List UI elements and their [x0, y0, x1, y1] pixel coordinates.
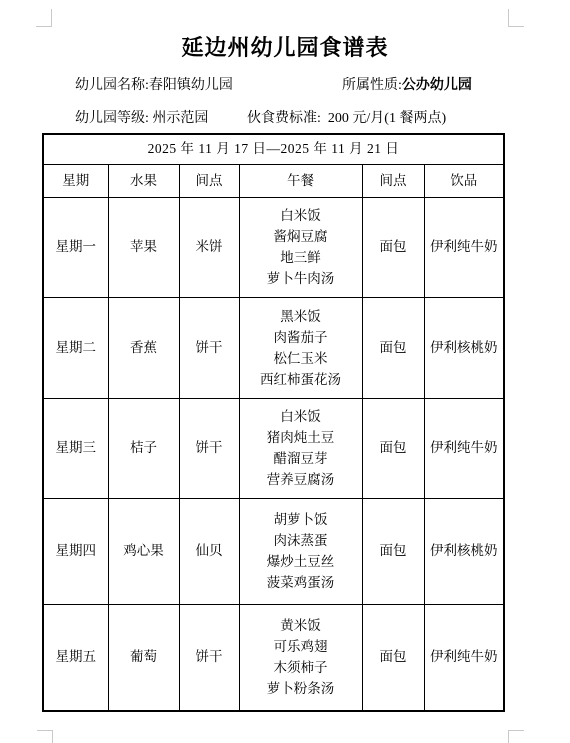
- lunch-line: 松仁玉米: [242, 348, 360, 369]
- column-header-day: 星期: [43, 164, 108, 197]
- snack-am-cell: 米饼: [179, 197, 239, 297]
- table-row-tuesday: 星期二 香蕉 饼干 黑米饭 肉酱茄子 松仁玉米 西红柿蛋花汤 面包 伊利核桃奶: [43, 297, 504, 398]
- lunch-line: 醋溜豆芽: [242, 448, 360, 469]
- snack-am-cell: 饼干: [179, 398, 239, 498]
- table-row-monday: 星期一 苹果 米饼 白米饭 酱焖豆腐 地三鲜 萝卜牛肉汤 面包 伊利纯牛奶: [43, 197, 504, 297]
- page-title: 延边州幼儿园食谱表: [0, 31, 570, 62]
- column-header-snack-pm: 间点: [362, 164, 424, 197]
- day-cell: 星期五: [43, 604, 108, 711]
- drink-cell: 伊利纯牛奶: [424, 197, 504, 297]
- column-header-drink: 饮品: [424, 164, 504, 197]
- lunch-line: 黑米饭: [242, 306, 360, 327]
- date-range: 2025 年 11 月 17 日—2025 年 11 月 21 日: [43, 134, 504, 164]
- lunch-line: 可乐鸡翅: [242, 636, 360, 657]
- lunch-cell: 胡萝卜饭 肉沫蒸蛋 爆炒土豆丝 菠菜鸡蛋汤: [239, 498, 362, 604]
- lunch-line: 萝卜粉条汤: [242, 678, 360, 699]
- lunch-cell: 白米饭 酱焖豆腐 地三鲜 萝卜牛肉汤: [239, 197, 362, 297]
- snack-pm-cell: 面包: [362, 297, 424, 398]
- day-cell: 星期四: [43, 498, 108, 604]
- kindergarten-nature-label: 所属性质:: [342, 78, 402, 93]
- lunch-line: 胡萝卜饭: [242, 509, 360, 530]
- lunch-line: 萝卜牛肉汤: [242, 268, 360, 289]
- day-cell: 星期一: [43, 197, 108, 297]
- margin-crop-mark-bottom-left: [37, 730, 53, 743]
- lunch-line: 菠菜鸡蛋汤: [242, 572, 360, 593]
- kindergarten-name: 幼儿园名称:春阳镇幼儿园: [75, 74, 233, 94]
- fruit-cell: 鸡心果: [108, 498, 179, 604]
- snack-pm-cell: 面包: [362, 197, 424, 297]
- lunch-line: 木须柿子: [242, 657, 360, 678]
- margin-crop-mark-top-right: [508, 9, 524, 27]
- date-row: 2025 年 11 月 17 日—2025 年 11 月 21 日: [43, 134, 504, 164]
- table-row-thursday: 星期四 鸡心果 仙贝 胡萝卜饭 肉沫蒸蛋 爆炒土豆丝 菠菜鸡蛋汤 面包 伊利核桃…: [43, 498, 504, 604]
- table-row-wednesday: 星期三 桔子 饼干 白米饭 猪肉炖土豆 醋溜豆芽 营养豆腐汤 面包 伊利纯牛奶: [43, 398, 504, 498]
- menu-table: 2025 年 11 月 17 日—2025 年 11 月 21 日 星期 水果 …: [42, 133, 505, 712]
- table-row-friday: 星期五 葡萄 饼干 黄米饭 可乐鸡翅 木须柿子 萝卜粉条汤 面包 伊利纯牛奶: [43, 604, 504, 711]
- lunch-cell: 黑米饭 肉酱茄子 松仁玉米 西红柿蛋花汤: [239, 297, 362, 398]
- lunch-line: 营养豆腐汤: [242, 469, 360, 490]
- lunch-cell: 黄米饭 可乐鸡翅 木须柿子 萝卜粉条汤: [239, 604, 362, 711]
- margin-crop-mark-top-left: [36, 9, 52, 27]
- margin-crop-mark-bottom-right: [508, 730, 524, 743]
- snack-am-cell: 饼干: [179, 604, 239, 711]
- drink-cell: 伊利纯牛奶: [424, 398, 504, 498]
- drink-cell: 伊利核桃奶: [424, 498, 504, 604]
- lunch-line: 猪肉炖土豆: [242, 427, 360, 448]
- lunch-line: 黄米饭: [242, 615, 360, 636]
- column-header-lunch: 午餐: [239, 164, 362, 197]
- lunch-line: 白米饭: [242, 406, 360, 427]
- snack-am-cell: 饼干: [179, 297, 239, 398]
- lunch-line: 白米饭: [242, 205, 360, 226]
- column-header-snack-am: 间点: [179, 164, 239, 197]
- kindergarten-nature-value: 公办幼儿园: [402, 78, 472, 93]
- meal-fee-label: 伙食费标准:: [247, 111, 321, 126]
- day-cell: 星期二: [43, 297, 108, 398]
- kindergarten-name-value: 春阳镇幼儿园: [149, 78, 233, 93]
- lunch-line: 地三鲜: [242, 247, 360, 268]
- lunch-line: 酱焖豆腐: [242, 226, 360, 247]
- fruit-cell: 葡萄: [108, 604, 179, 711]
- meal-fee: 伙食费标准: 200 元/月(1 餐两点): [247, 107, 446, 127]
- fruit-cell: 苹果: [108, 197, 179, 297]
- fruit-cell: 香蕉: [108, 297, 179, 398]
- drink-cell: 伊利纯牛奶: [424, 604, 504, 711]
- kindergarten-name-label: 幼儿园名称:: [75, 78, 149, 93]
- meal-fee-value: 200 元/月(1 餐两点): [328, 111, 446, 126]
- document-page: 延边州幼儿园食谱表 幼儿园名称:春阳镇幼儿园 所属性质:公办幼儿园 幼儿园等级:…: [0, 0, 570, 743]
- lunch-line: 爆炒土豆丝: [242, 551, 360, 572]
- lunch-cell: 白米饭 猪肉炖土豆 醋溜豆芽 营养豆腐汤: [239, 398, 362, 498]
- snack-pm-cell: 面包: [362, 498, 424, 604]
- snack-pm-cell: 面包: [362, 604, 424, 711]
- snack-pm-cell: 面包: [362, 398, 424, 498]
- lunch-line: 肉沫蒸蛋: [242, 530, 360, 551]
- header-row: 星期 水果 间点 午餐 间点 饮品: [43, 164, 504, 197]
- kindergarten-grade-value: 州示范园: [152, 111, 208, 126]
- kindergarten-grade: 幼儿园等级: 州示范园: [75, 107, 208, 127]
- day-cell: 星期三: [43, 398, 108, 498]
- column-header-fruit: 水果: [108, 164, 179, 197]
- fruit-cell: 桔子: [108, 398, 179, 498]
- lunch-line: 肉酱茄子: [242, 327, 360, 348]
- drink-cell: 伊利核桃奶: [424, 297, 504, 398]
- lunch-line: 西红柿蛋花汤: [242, 369, 360, 390]
- kindergarten-grade-label: 幼儿园等级:: [75, 111, 149, 126]
- kindergarten-nature: 所属性质:公办幼儿园: [342, 74, 472, 94]
- snack-am-cell: 仙贝: [179, 498, 239, 604]
